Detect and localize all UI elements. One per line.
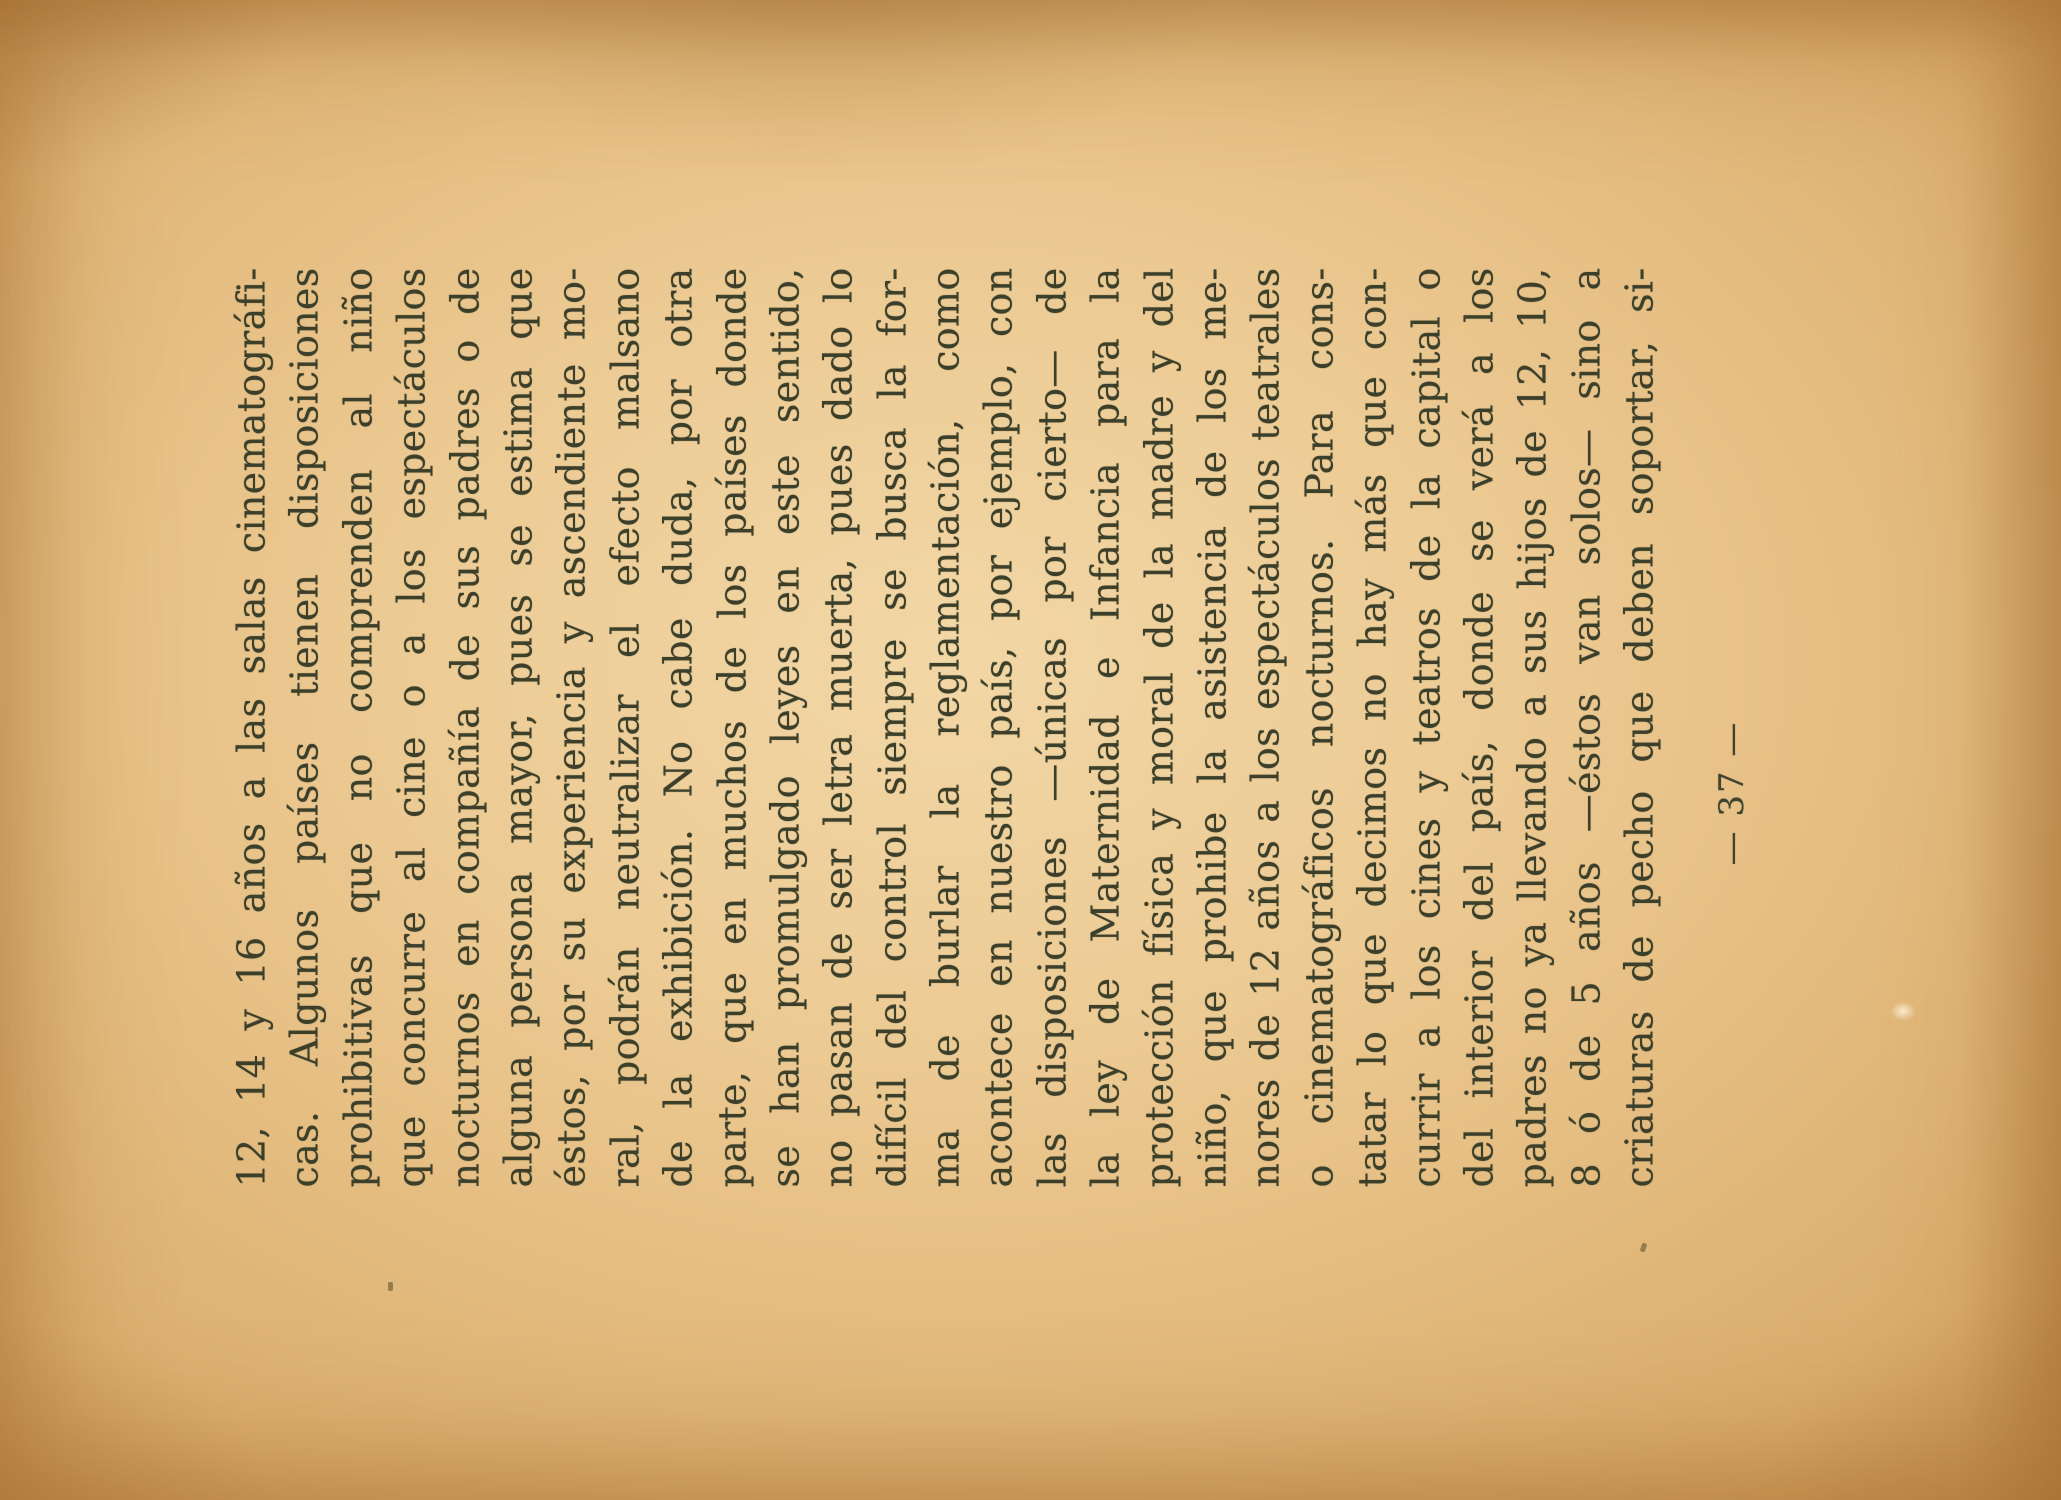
text-line: del interior del país, donde se verá a l… xyxy=(1453,268,1506,1188)
text-line: 12, 14 y 16 años a las salas cinematográ… xyxy=(226,268,279,1188)
text-line: ma de burlar la reglamentación, como xyxy=(920,268,973,1188)
text-line: nores de 12 años a los espectáculos teat… xyxy=(1240,268,1293,1188)
rotated-text-block: 12, 14 y 16 años a las salas cinematográ… xyxy=(226,268,1669,1188)
text-line: alguna persona mayor, pues se estima que xyxy=(492,268,545,1188)
page-number: — 37 — xyxy=(1707,708,1757,878)
text-line: acontece en nuestro país, por ejemplo, c… xyxy=(973,268,1026,1188)
text-line: currir a los cines y teatros de la capit… xyxy=(1400,268,1453,1188)
text-line: éstos, por su experiencia y ascendiente … xyxy=(546,268,599,1188)
text-line: tatar lo que decimos no hay más que con- xyxy=(1347,268,1400,1188)
text-line: difícil del control siempre se busca la … xyxy=(866,268,919,1188)
text-line: ral, podrán neutralizar el efecto malsan… xyxy=(599,268,652,1188)
text-line: parte, que en muchos de los países donde xyxy=(706,268,759,1188)
paper-speck xyxy=(388,1282,393,1291)
text-line: que concurre al cine o a los espectáculo… xyxy=(386,268,439,1188)
paper-speck xyxy=(1640,1242,1648,1252)
text-line: no pasan de ser letra muerta, pues dado … xyxy=(813,268,866,1188)
book-page-scan: 12, 14 y 16 años a las salas cinematográ… xyxy=(0,0,2061,1500)
text-line: o cinematográficos nocturnos. Para cons- xyxy=(1293,268,1346,1188)
text-line: padres no ya llevando a sus hijos de 12,… xyxy=(1507,268,1560,1188)
text-line: las disposiciones —únicas por cierto— de xyxy=(1026,268,1079,1188)
text-line: niño, que prohibe la asistencia de los m… xyxy=(1187,268,1240,1188)
text-line: se han promulgado leyes en este sentido, xyxy=(759,268,812,1188)
paper-light-fleck xyxy=(1886,998,1920,1024)
text-line: la ley de Maternidad e Infancia para la xyxy=(1080,268,1133,1188)
text-line: nocturnos en compañía de sus padres o de xyxy=(439,268,492,1188)
text-line: criaturas de pecho que deben soportar, s… xyxy=(1614,268,1667,1188)
text-line: protección física y moral de la madre y … xyxy=(1133,268,1186,1188)
text-line: de la exhibición. No cabe duda, por otra xyxy=(653,268,706,1188)
text-line: 8 ó de 5 años —éstos van solos— sino a xyxy=(1560,268,1613,1188)
text-line: cas. Algunos países tienen disposiciones xyxy=(279,268,332,1188)
text-line: prohibitivas que no comprenden al niño xyxy=(332,268,385,1188)
